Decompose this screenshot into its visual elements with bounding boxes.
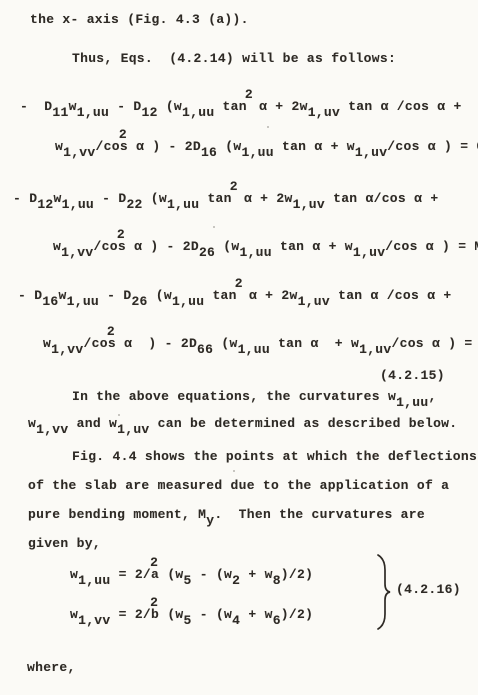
ink-speck — [307, 58, 309, 60]
equation-1-line-2: w1,vv/cos2 α ) - 2D16 (w1,uu tan α + w1,… — [55, 139, 478, 155]
ink-speck — [233, 470, 235, 472]
equation-label-4-2-16: (4.2.16) — [396, 582, 461, 598]
paragraph-2-line-4: given by, — [28, 536, 101, 552]
ink-speck — [267, 126, 269, 128]
paragraph-2-line-2: of the slab are measured due to the appl… — [28, 478, 449, 494]
equation-3-line-1: - D16w1,uu - D26 (w1,uu tan2 α + 2w1,uv … — [18, 288, 452, 304]
equation-4-2-16-line-1: w1,uu = 2/a2 (w5 - (w2 + w8)/2) — [70, 567, 313, 583]
paragraph-1-line-2: w1,vv and w1,uv can be determined as des… — [28, 416, 457, 432]
paragraph-1-line-1: In the above equations, the curvatures w… — [72, 389, 437, 405]
equation-3-line-2: w1,vv/cos2 α ) - 2D66 (w1,uu tan α + w1,… — [43, 336, 478, 352]
text-line-where: where, — [27, 660, 76, 676]
equation-2-line-1: - D12w1,uu - D22 (w1,uu tan2 α + 2w1,uv … — [13, 191, 438, 207]
equation-label-4-2-15: (4.2.15) — [380, 368, 445, 384]
paragraph-2-line-3: pure bending moment, My. Then the curvat… — [28, 507, 425, 523]
ink-speck — [213, 226, 215, 228]
equation-1-line-1: - D11w1,uu - D12 (w1,uu tan2 α + 2w1,uv … — [20, 99, 462, 115]
paragraph-2-line-1: Fig. 4.4 shows the points at which the d… — [72, 449, 477, 465]
document-page: the x- axis (Fig. 4.3 (a)). Thus, Eqs. (… — [0, 0, 478, 695]
equation-4-2-16-line-2: w1,vv = 2/b2 (w5 - (w4 + w6)/2) — [70, 607, 313, 623]
right-brace-icon — [376, 553, 392, 636]
equation-2-line-2: w1,vv/cos2 α ) - 2D26 (w1,uu tan α + w1,… — [53, 239, 478, 255]
text-line-intro: the x- axis (Fig. 4.3 (a)). — [30, 12, 249, 28]
ink-speck — [118, 414, 120, 416]
text-line-thus: Thus, Eqs. (4.2.14) will be as follows: — [72, 51, 396, 67]
